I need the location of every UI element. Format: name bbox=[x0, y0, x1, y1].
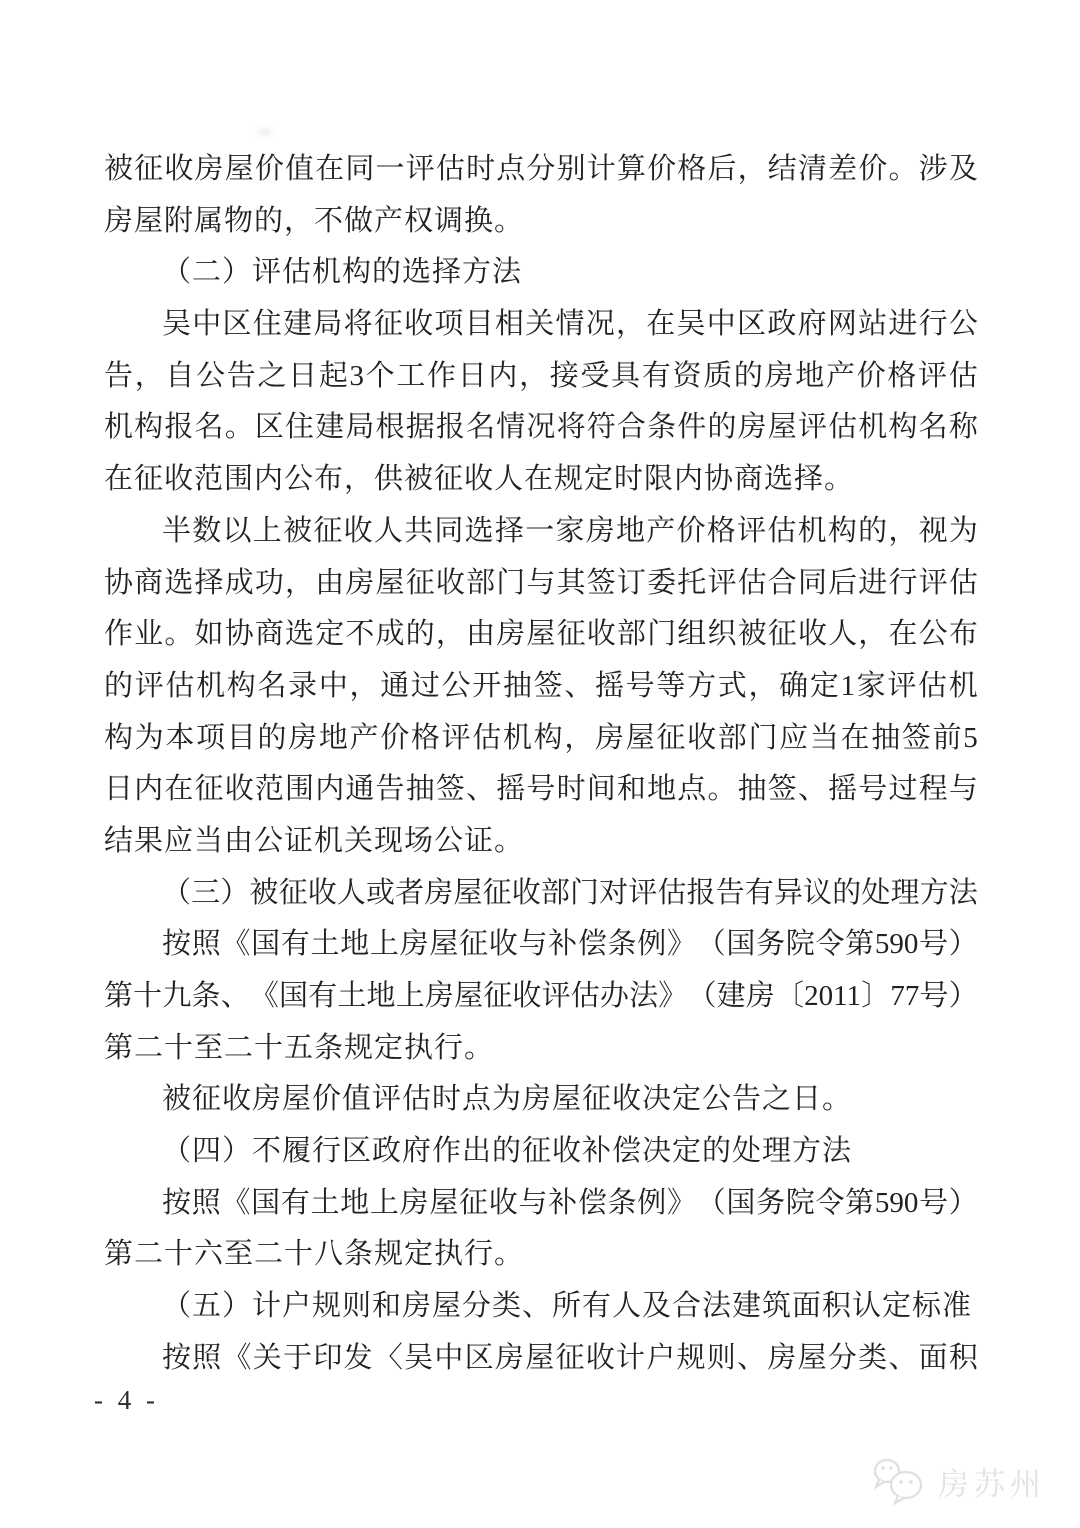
text-line: 第二十六至二十八条规定执行。 bbox=[104, 1229, 978, 1281]
text-line: 按照《关于印发〈吴中区房屋征收计户规则、房屋分类、面积 bbox=[104, 1333, 978, 1385]
text-line: 半数以上被征收人共同选择一家房地产价格评估机构的，视为 bbox=[104, 506, 978, 558]
text-line: 日内在征收范围内通告抽签、摇号时间和地点。抽签、摇号过程与 bbox=[104, 764, 978, 816]
text-line: 协商选择成功，由房屋征收部门与其签订委托评估合同后进行评估 bbox=[104, 558, 978, 610]
text-line: 的评估机构名录中，通过公开抽签、摇号等方式，确定1家评估机 bbox=[104, 661, 978, 713]
text-line: 构为本项目的房地产价格评估机构，房屋征收部门应当在抽签前5 bbox=[104, 713, 978, 765]
text-line: 告，自公告之日起3个工作日内，接受具有资质的房地产价格评估 bbox=[104, 351, 978, 403]
wechat-icon bbox=[870, 1456, 928, 1506]
text-line: 被征收房屋价值在同一评估时点分别计算价格后，结清差价。涉及 bbox=[104, 144, 978, 196]
text-line: 机构报名。区住建局根据报名情况将符合条件的房屋评估机构名称 bbox=[104, 402, 978, 454]
scan-smudge bbox=[258, 128, 272, 136]
page-number: - 4 - bbox=[94, 1385, 159, 1416]
text-line: （二）评估机构的选择方法 bbox=[104, 247, 978, 299]
text-block: 被征收房屋价值在同一评估时点分别计算价格后，结清差价。涉及 房屋附属物的，不做产… bbox=[104, 144, 978, 1385]
text-line: 房屋附属物的，不做产权调换。 bbox=[104, 196, 978, 248]
text-line: 被征收房屋价值评估时点为房屋征收决定公告之日。 bbox=[104, 1074, 978, 1126]
watermark-label: 房苏州 bbox=[938, 1459, 1046, 1504]
text-line: （三）被征收人或者房屋征收部门对评估报告有异议的处理方法 bbox=[104, 868, 978, 920]
text-line: 吴中区住建局将征收项目相关情况，在吴中区政府网站进行公 bbox=[104, 299, 978, 351]
text-line: 在征收范围内公布，供被征收人在规定时限内协商选择。 bbox=[104, 454, 978, 506]
text-line: 按照《国有土地上房屋征收与补偿条例》（国务院令第590号） bbox=[104, 1178, 978, 1230]
text-line: （五）计户规则和房屋分类、所有人及合法建筑面积认定标准 bbox=[104, 1281, 978, 1333]
text-line: 结果应当由公证机关现场公证。 bbox=[104, 816, 978, 868]
document-page: 被征收房屋价值在同一评估时点分别计算价格后，结清差价。涉及 房屋附属物的，不做产… bbox=[0, 0, 1080, 1528]
text-line: （四）不履行区政府作出的征收补偿决定的处理方法 bbox=[104, 1126, 978, 1178]
text-line: 第二十至二十五条规定执行。 bbox=[104, 1023, 978, 1075]
text-line: 第十九条、《国有土地上房屋征收评估办法》（建房〔2011〕77号） bbox=[104, 971, 978, 1023]
text-line: 按照《国有土地上房屋征收与补偿条例》（国务院令第590号） bbox=[104, 919, 978, 971]
watermark: 房苏州 bbox=[870, 1456, 1046, 1506]
text-line: 作业。如协商选定不成的，由房屋征收部门组织被征收人，在公布 bbox=[104, 609, 978, 661]
